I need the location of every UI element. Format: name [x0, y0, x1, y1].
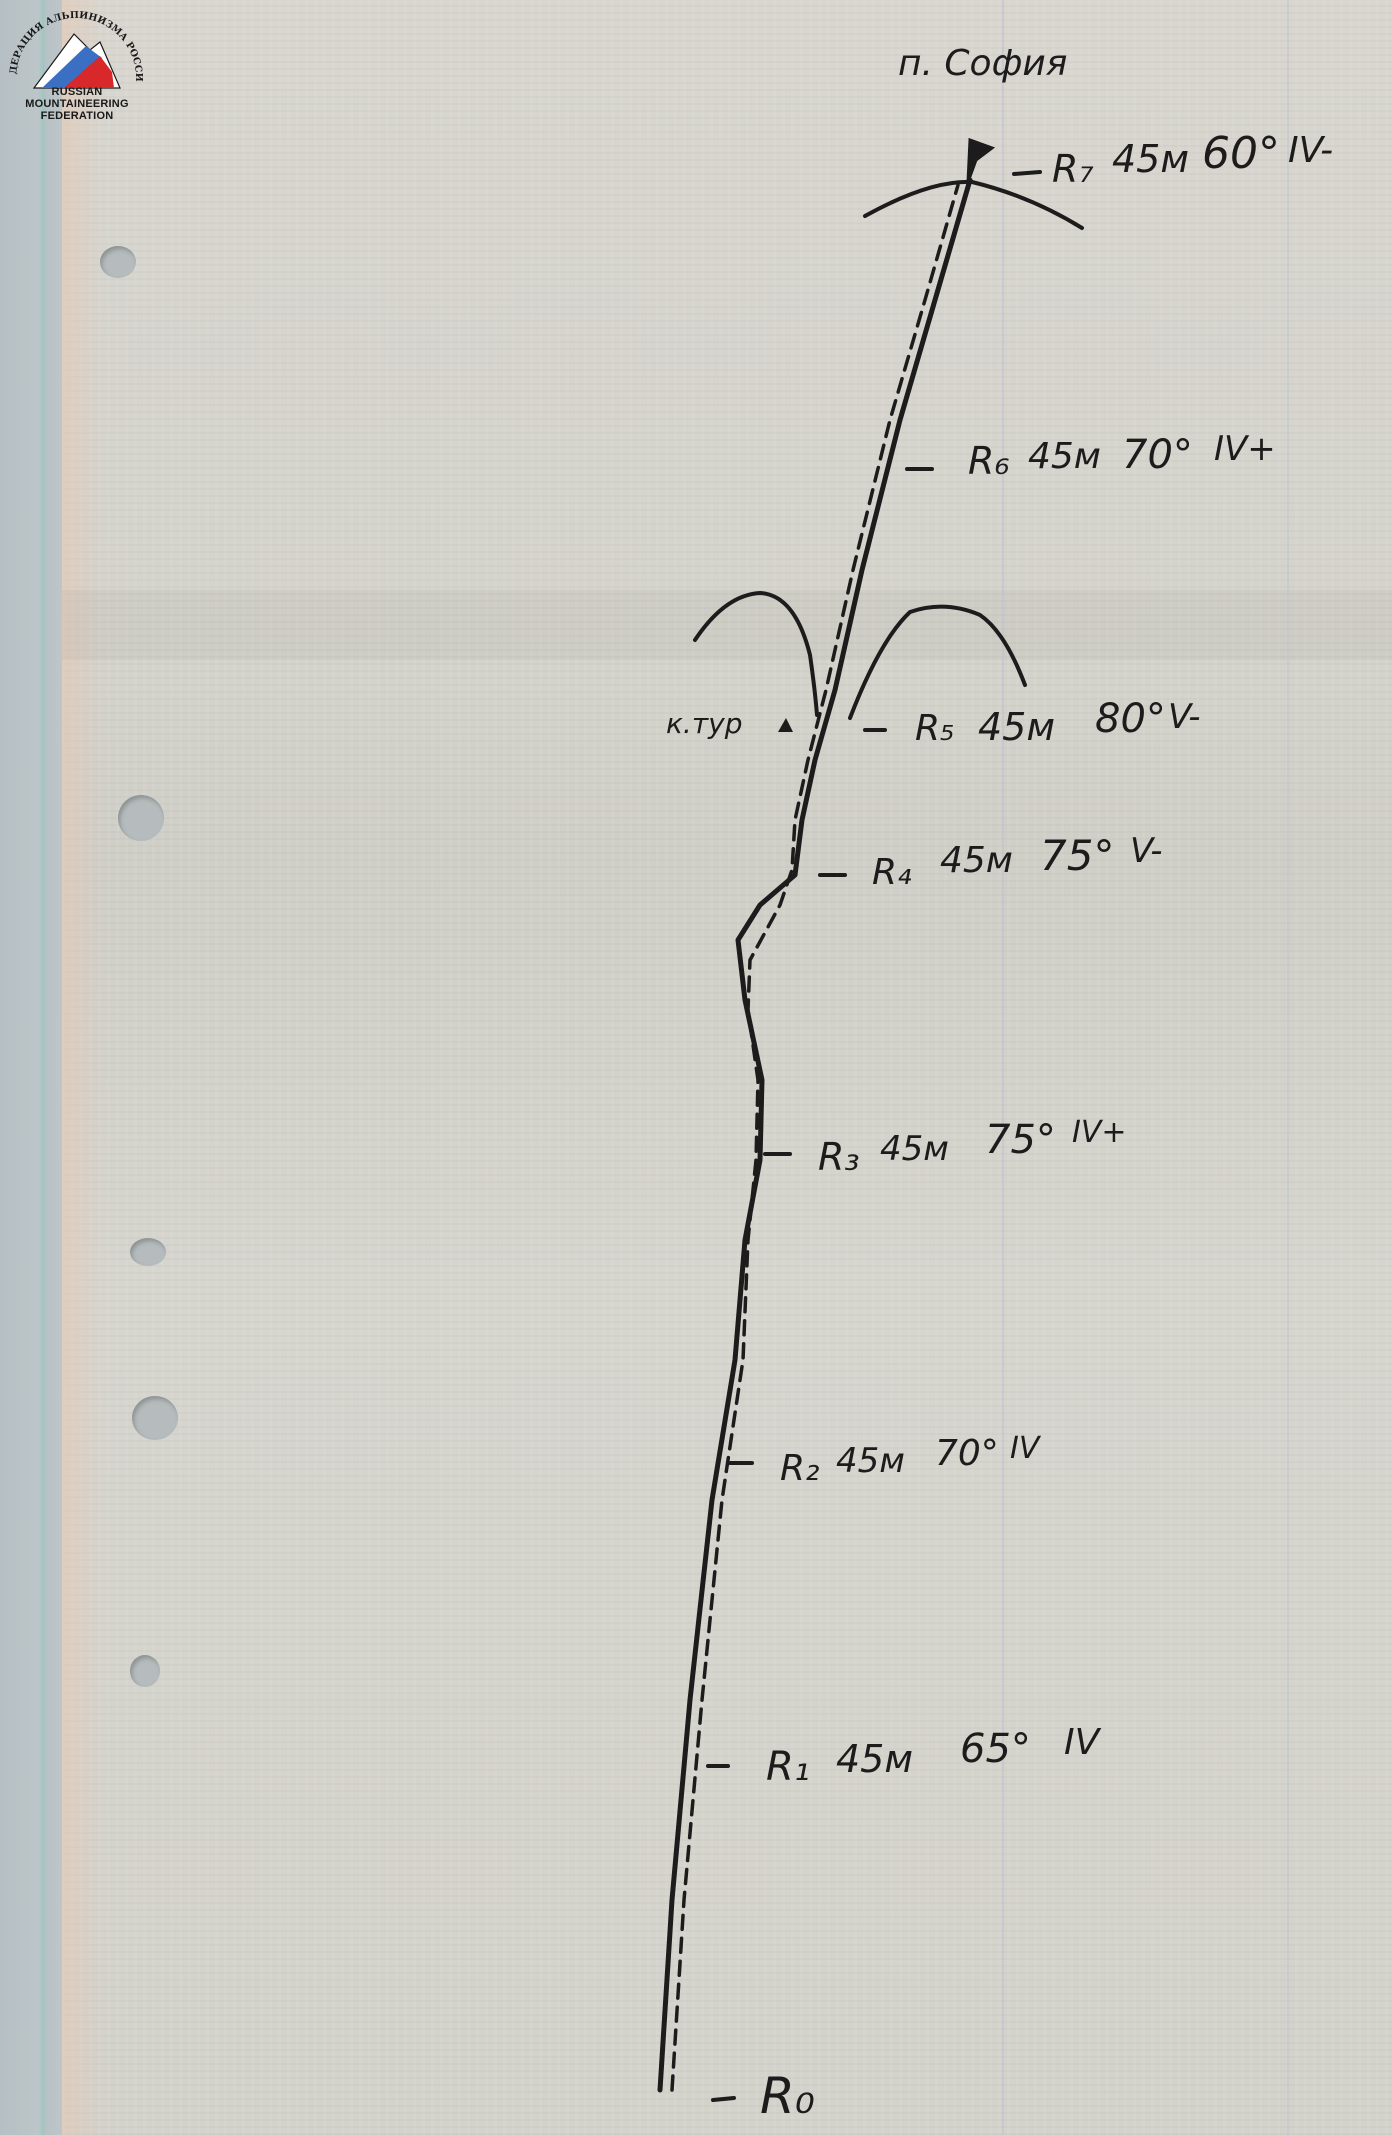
pitch-label-r4: R₄ 45м 75° V- [872, 831, 1163, 893]
svg-text:IV+: IV+ [1214, 429, 1276, 469]
svg-text:45м: 45м [1112, 137, 1189, 181]
pitch-label-r6: R₆ 45м 70° IV+ [968, 429, 1276, 483]
couloir-arc-right [850, 607, 1025, 718]
svg-text:75°: 75° [985, 1117, 1056, 1163]
svg-text:V-: V- [1168, 697, 1201, 737]
svg-text:65°: 65° [960, 1726, 1031, 1772]
start-label: R₀ [760, 2067, 815, 2125]
svg-text:R₂: R₂ [780, 1448, 819, 1489]
summit-flag-icon [968, 140, 992, 182]
summit-ridge [865, 182, 1082, 228]
svg-text:45м: 45м [880, 1129, 949, 1169]
svg-text:45м: 45м [1028, 436, 1101, 477]
pitch-label-r1: R₁ 45м 65° IV [766, 1722, 1102, 1790]
svg-text:80°: 80° [1095, 696, 1166, 742]
svg-text:45м: 45м [978, 705, 1055, 749]
summit-label: п. София [898, 43, 1067, 84]
svg-text:R₄: R₄ [872, 852, 912, 893]
pitch-label-r5: R₅ 45м 80° V- [915, 696, 1201, 749]
svg-text:R₁: R₁ [766, 1744, 810, 1790]
svg-text:45м: 45м [836, 1737, 913, 1781]
svg-text:IV+: IV+ [1072, 1115, 1127, 1150]
svg-text:R₃: R₃ [818, 1135, 860, 1179]
svg-text:45м: 45м [940, 840, 1013, 881]
cairn-triangle-icon [778, 718, 793, 732]
svg-text:60°: 60° [1202, 128, 1280, 179]
svg-text:IV: IV [1064, 1722, 1102, 1763]
svg-text:R₇: R₇ [1052, 147, 1094, 191]
svg-text:70°: 70° [1122, 432, 1193, 478]
svg-text:V-: V- [1130, 831, 1163, 871]
svg-text:R₆: R₆ [968, 439, 1010, 483]
pitch-label-r3: R₃ 45м 75° IV+ [818, 1115, 1127, 1179]
route-topo-diagram: п. София к.тур R₀ R₇ 45м 60° IV- R₆ 45м … [0, 0, 1392, 2135]
svg-text:70°: 70° [935, 1433, 999, 1474]
svg-text:R₅: R₅ [915, 708, 954, 749]
svg-text:IV: IV [1010, 1431, 1042, 1466]
pitch-tick-r0 [713, 2098, 734, 2100]
svg-text:45м: 45м [836, 1441, 905, 1481]
couloir-arc-left [695, 593, 817, 715]
pitch-label-r7: R₇ 45м 60° IV- [1052, 128, 1333, 191]
cairn-label: к.тур [666, 707, 742, 740]
svg-text:IV-: IV- [1288, 130, 1333, 171]
svg-text:75°: 75° [1040, 831, 1114, 880]
pitch-tick-r7 [1014, 172, 1040, 174]
pitch-label-r2: R₂ 45м 70° IV [780, 1431, 1042, 1489]
